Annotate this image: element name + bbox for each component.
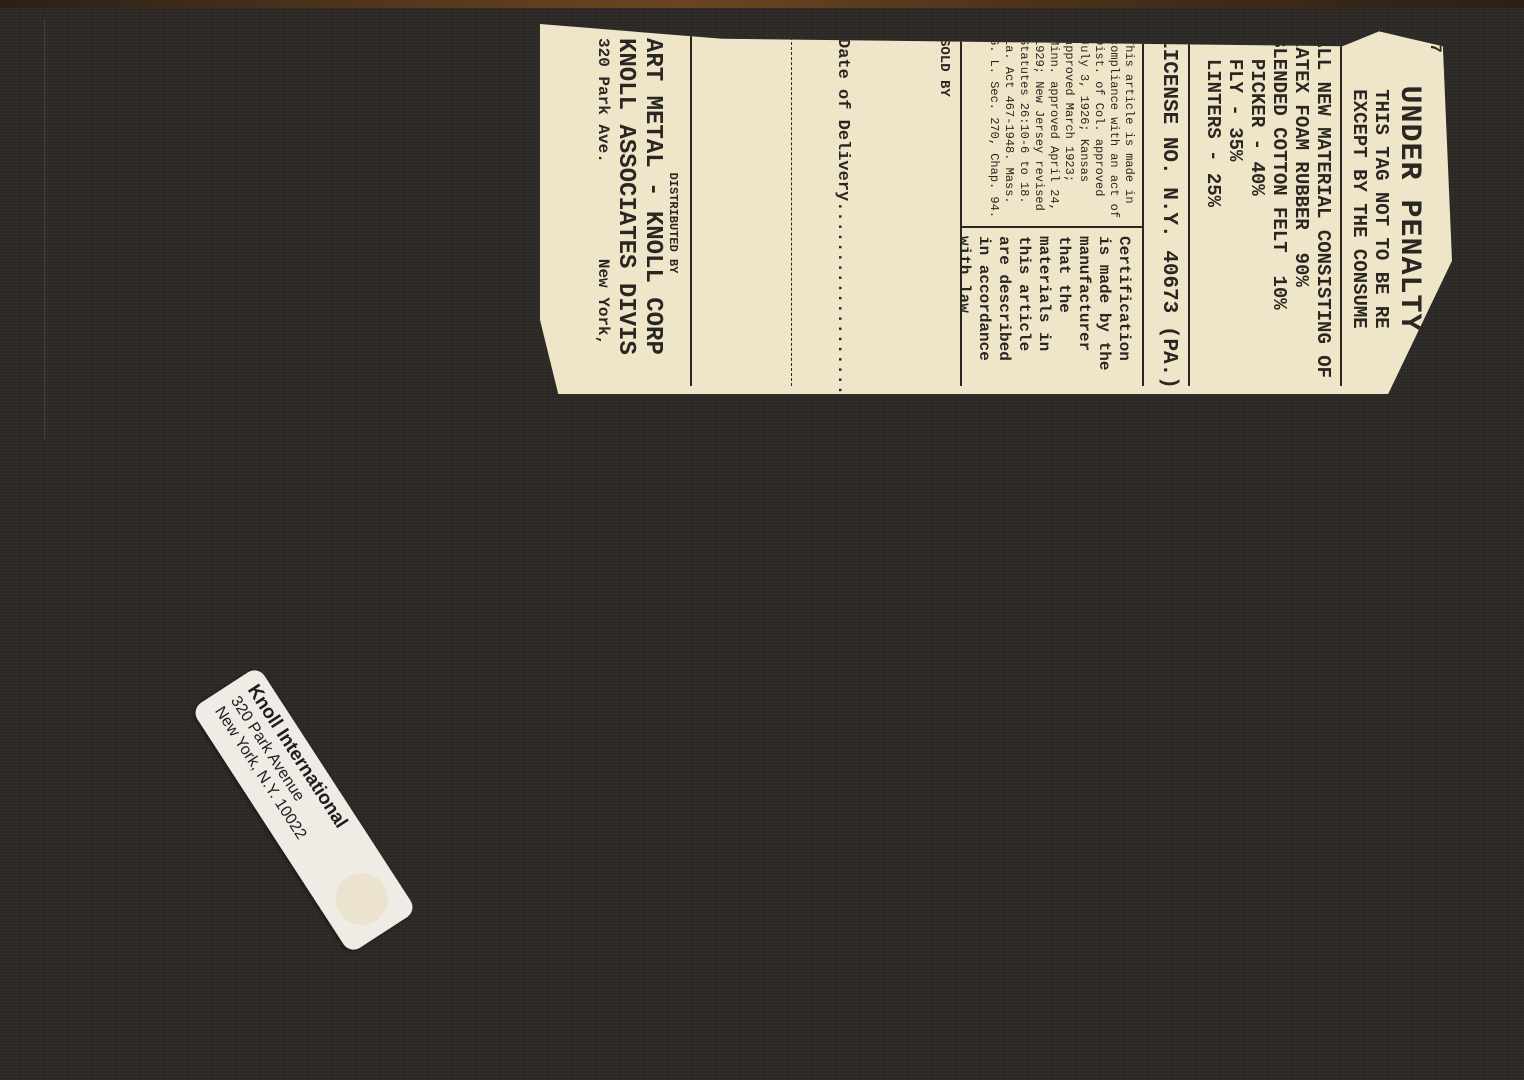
- tag-number: # 7: [1426, 24, 1444, 394]
- material-name: FLY: [1224, 59, 1246, 93]
- law-tag: # 7 UNDER PENALTY THIS TAG NOT TO BE RE …: [540, 24, 1452, 394]
- loose-thread: [44, 20, 45, 440]
- material-pct: 25%: [1202, 173, 1224, 207]
- divider: [962, 226, 1142, 228]
- distributed-by: DISTRIBUTED BY: [666, 38, 680, 408]
- dotted-line: [790, 32, 792, 386]
- divider: [1340, 32, 1342, 386]
- divider: [1142, 32, 1144, 386]
- contents-intro: ALL NEW MATERIAL CONSISTING OF: [1312, 36, 1334, 406]
- divider: [690, 32, 692, 386]
- certification-text: Certification is made by the manufacture…: [954, 236, 1134, 386]
- material-pct: 40%: [1246, 161, 1268, 195]
- material-pct: 35%: [1224, 127, 1246, 161]
- wood-frame-edge: [0, 0, 1524, 8]
- distributor-line-2: KNOLL ASSOCIATES DIVIS: [612, 38, 639, 408]
- tag-header-2: THIS TAG NOT TO BE RE: [1370, 24, 1392, 394]
- divider: [960, 32, 962, 386]
- material-name: PICKER: [1246, 59, 1268, 127]
- distributor-line-1: ART METAL - KNOLL CORP: [639, 38, 666, 408]
- material-name: LATEX FOAM RUBBER: [1290, 36, 1312, 230]
- material-pct: 10%: [1268, 275, 1290, 309]
- date-of-delivery: Date of Delivery: [833, 38, 852, 201]
- tag-header-3: EXCEPT BY THE CONSUME: [1348, 24, 1370, 394]
- distributor-line-3: 320 Park Ave. New York,: [594, 38, 612, 408]
- divider: [1188, 32, 1190, 386]
- sold-by: SOLD BY: [936, 38, 952, 408]
- knoll-sticker: Knoll International 320 Park Avenue New …: [191, 666, 417, 954]
- material-pct: 90%: [1290, 253, 1312, 287]
- material-name: BLENDED COTTON FELT: [1268, 36, 1290, 253]
- sticker-stain: [326, 863, 398, 935]
- material-name: LINTERS: [1202, 59, 1224, 139]
- compliance-text: This article is made in compliance with …: [986, 38, 1136, 223]
- tag-header-1: UNDER PENALTY: [1392, 24, 1426, 394]
- license-number: LICENSE NO. N.Y. 40673 (PA.): [1157, 36, 1180, 406]
